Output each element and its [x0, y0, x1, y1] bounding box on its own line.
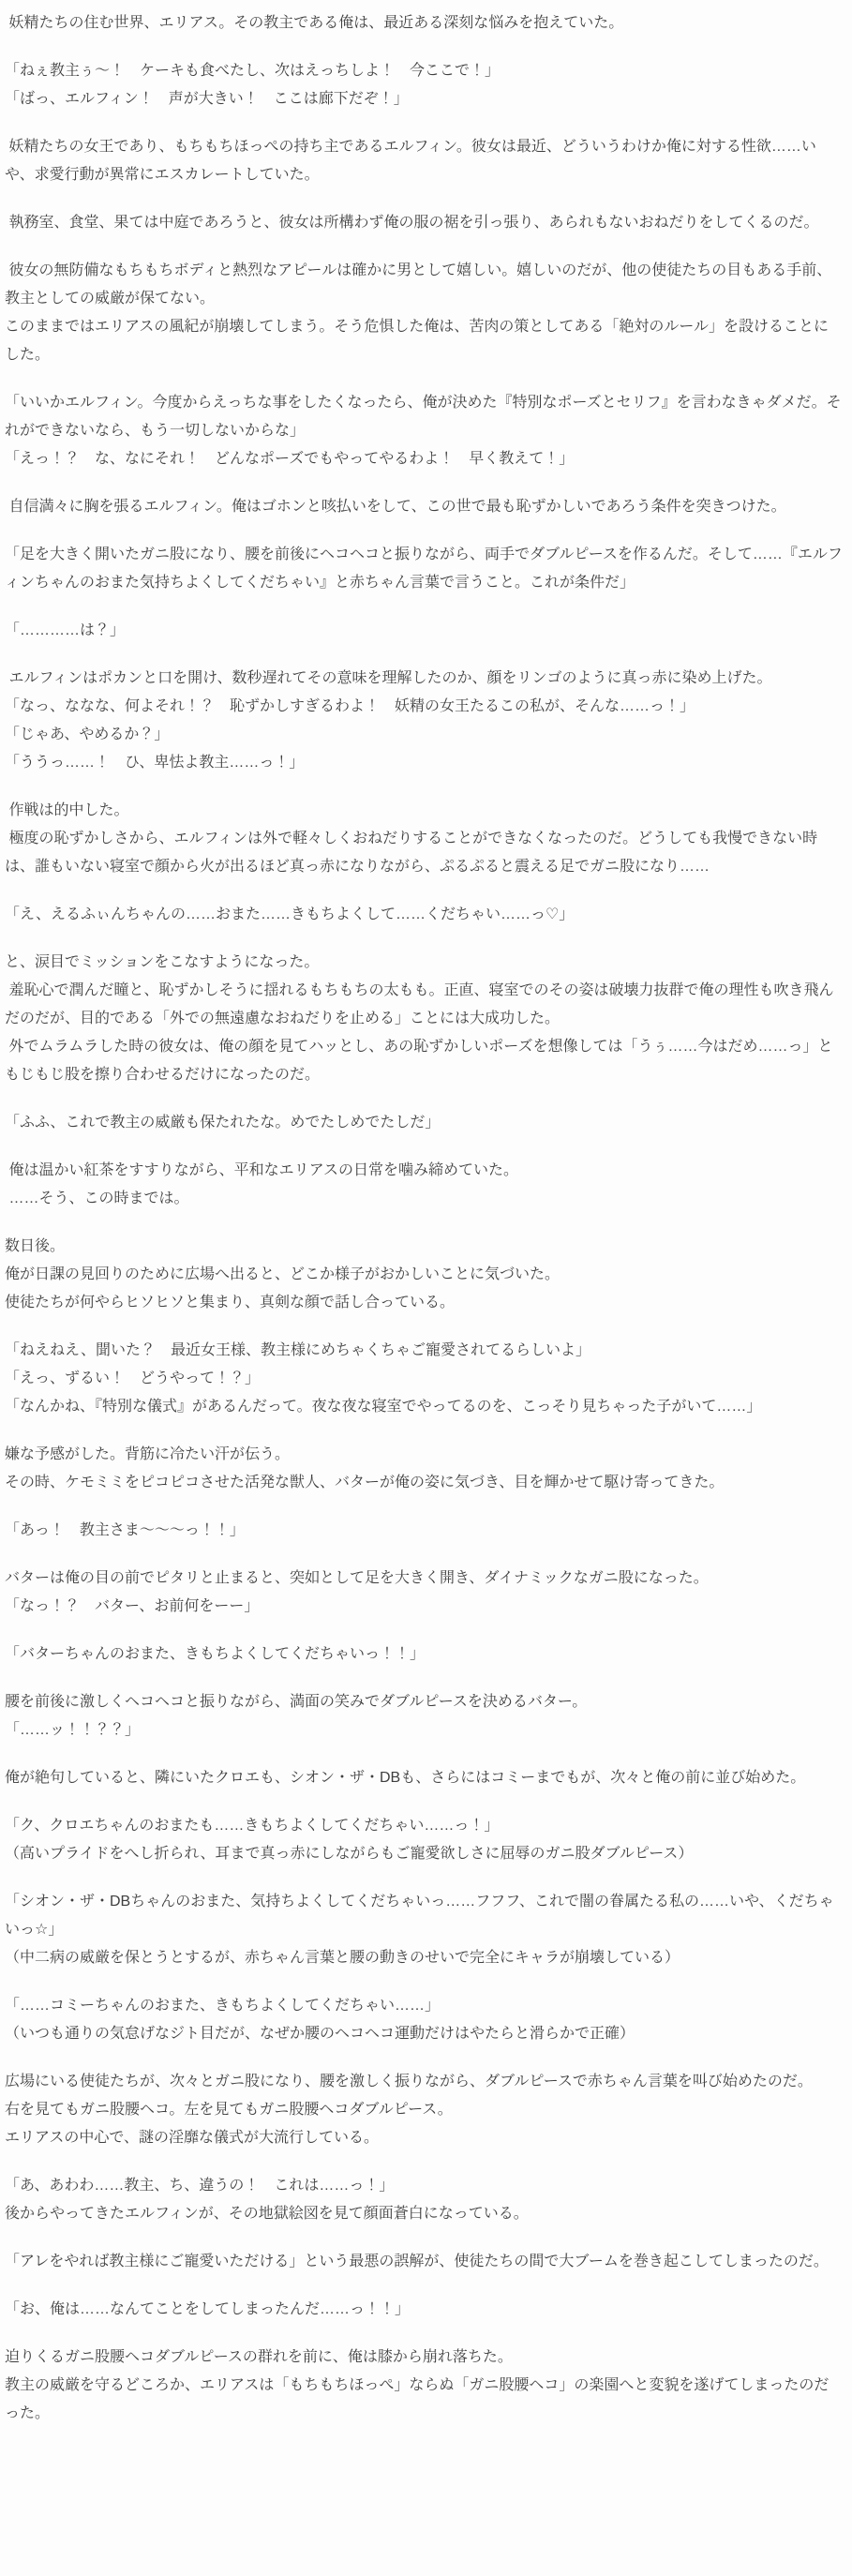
novel-line: その時、ケモミミをピコピコさせた活発な獣人、バターが俺の姿に気づき、目を輝かせて…: [5, 1469, 843, 1497]
novel-line: 執務室、食堂、果ては中庭であろうと、彼女は所構わず俺の服の裾を引っ張り、あられも…: [5, 209, 843, 237]
paragraph-block: 「ク、クロエちゃんのおまたも……きもちよくしてくだちゃい……っ！」（高いプライド…: [5, 1812, 843, 1868]
novel-line: 作戦は的中した。: [5, 797, 843, 825]
novel-line: （いつも通りの気怠げなジト目だが、なぜか腰のヘコヘコ運動だけはやたらと滑らかで正…: [5, 2020, 843, 2048]
paragraph-block: 執務室、食堂、果ては中庭であろうと、彼女は所構わず俺の服の裾を引っ張り、あられも…: [5, 209, 843, 237]
paragraph-block: 「お、俺は……なんてことをしてしまったんだ……っ！！」: [5, 2296, 843, 2324]
novel-line: 羞恥心で潤んだ瞳と、恥ずかしそうに揺れるもちもちの太もも。正直、寝室でのその姿は…: [5, 977, 843, 1033]
novel-line: 「シオン・ザ・DBちゃんのおまた、気持ちよくしてくだちゃいっ……フフフ、これで闇…: [5, 1888, 843, 1944]
novel-line: 「…………は？」: [5, 617, 843, 645]
paragraph-block: 「アレをやれば教主様にご寵愛いただける」という最悪の誤解が、使徒たちの間で大ブー…: [5, 2248, 843, 2276]
paragraph-block: 「バターちゃんのおまた、きもちよくしてくだちゃいっ！！」: [5, 1640, 843, 1669]
paragraph-block: 「シオン・ザ・DBちゃんのおまた、気持ちよくしてくだちゃいっ……フフフ、これで闇…: [5, 1888, 843, 1972]
novel-line: 「あ、あわわ……教主、ち、違うの！ これは……っ！」: [5, 2172, 843, 2200]
paragraph-block: 迫りくるガニ股腰ヘコダブルピースの群れを前に、俺は膝から崩れ落ちた。教主の威厳を…: [5, 2344, 843, 2428]
novel-line: 「いいかエルフィン。今度からえっちな事をしたくなったら、俺が決めた『特別なポーズ…: [5, 389, 843, 445]
paragraph-block: 腰を前後に激しくヘコヘコと振りながら、満面の笑みでダブルピースを決めるバター。「…: [5, 1688, 843, 1745]
novel-line: 使徒たちが何やらヒソヒソと集まり、真剣な顔で話し合っている。: [5, 1289, 843, 1317]
novel-line: 「ううっ……！ ひ、卑怯よ教主……っ！」: [5, 749, 843, 777]
paragraph-block: エルフィンはポカンと口を開け、数秒遅れてその意味を理解したのか、顔をリンゴのよう…: [5, 665, 843, 777]
novel-line: エルフィンはポカンと口を開け、数秒遅れてその意味を理解したのか、顔をリンゴのよう…: [5, 665, 843, 693]
novel-line: このままではエリアスの風紀が崩壊してしまう。そう危惧した俺は、苦肉の策としてある…: [5, 313, 843, 369]
paragraph-block: 「……コミーちゃんのおまた、きもちよくしてくだちゃい……」（いつも通りの気怠げな…: [5, 1992, 843, 2048]
novel-line: 「足を大きく開いたガニ股になり、腰を前後にヘコヘコと振りながら、両手でダブルピー…: [5, 541, 843, 597]
novel-line: ……そう、この時までは。: [5, 1185, 843, 1213]
novel-line: 「なっ、ななな、何よそれ！？ 恥ずかしすぎるわよ！ 妖精の女王たるこの私が、そん…: [5, 693, 843, 721]
novel-line: 迫りくるガニ股腰ヘコダブルピースの群れを前に、俺は膝から崩れ落ちた。: [5, 2344, 843, 2372]
paragraph-block: 広場にいる使徒たちが、次々とガニ股になり、腰を激しく振りながら、ダブルピースで赤…: [5, 2068, 843, 2152]
paragraph-block: 「…………は？」: [5, 617, 843, 645]
novel-body: 妖精たちの住む世界、エリアス。その教主である俺は、最近ある深刻な悩みを抱えていた…: [0, 0, 852, 2576]
novel-line: 俺が絶句していると、隣にいたクロエも、シオン・ザ・DBも、さらにはコミーまでもが…: [5, 1764, 843, 1792]
novel-line: 「なっ！？ バター、お前何をーー」: [5, 1593, 843, 1621]
paragraph-block: 妖精たちの女王であり、もちもちほっぺの持ち主であるエルフィン。彼女は最近、どうい…: [5, 133, 843, 189]
novel-line: （中二病の威厳を保とうとするが、赤ちゃん言葉と腰の動きのせいで完全にキャラが崩壊…: [5, 1944, 843, 1972]
novel-line: 「……ッ！！？？」: [5, 1716, 843, 1745]
novel-line: 「えっ！？ な、なにそれ！ どんなポーズでもやってやるわよ！ 早く教えて！」: [5, 445, 843, 473]
novel-line: 俺は温かい紅茶をすすりながら、平和なエリアスの日常を噛み締めていた。: [5, 1157, 843, 1185]
novel-line: 「ク、クロエちゃんのおまたも……きもちよくしてくだちゃい……っ！」: [5, 1812, 843, 1840]
paragraph-block: 嫌な予感がした。背筋に冷たい汗が伝う。その時、ケモミミをピコピコさせた活発な獣人…: [5, 1441, 843, 1497]
paragraph-block: 自信満々に胸を張るエルフィン。俺はゴホンと咳払いをして、この世で最も恥ずかしいで…: [5, 493, 843, 521]
paragraph-block: 「ねぇ教主ぅ～！ ケーキも食べたし、次はえっちしよ！ 今ここで！」「ばっ、エルフ…: [5, 57, 843, 113]
novel-line: 「お、俺は……なんてことをしてしまったんだ……っ！！」: [5, 2296, 843, 2324]
novel-line: （高いプライドをへし折られ、耳まで真っ赤にしながらもご寵愛欲しさに屈辱のガニ股ダ…: [5, 1840, 843, 1868]
paragraph-block: 妖精たちの住む世界、エリアス。その教主である俺は、最近ある深刻な悩みを抱えていた…: [5, 9, 843, 37]
novel-line: 外でムラムラした時の彼女は、俺の顔を見てハッとし、あの恥ずかしいポーズを想像して…: [5, 1033, 843, 1089]
paragraph-block: 「あ、あわわ……教主、ち、違うの！ これは……っ！」後からやってきたエルフィンが…: [5, 2172, 843, 2228]
novel-line: 彼女の無防備なもちもちボディと熱烈なアピールは確かに男として嬉しい。嬉しいのだが…: [5, 257, 843, 313]
novel-line: 「バターちゃんのおまた、きもちよくしてくだちゃいっ！！」: [5, 1640, 843, 1669]
paragraph-block: 彼女の無防備なもちもちボディと熱烈なアピールは確かに男として嬉しい。嬉しいのだが…: [5, 257, 843, 369]
paragraph-block: 「あっ！ 教主さま～～～っ！！」: [5, 1517, 843, 1545]
novel-line: 嫌な予感がした。背筋に冷たい汗が伝う。: [5, 1441, 843, 1469]
novel-line: 広場にいる使徒たちが、次々とガニ股になり、腰を激しく振りながら、ダブルピースで赤…: [5, 2068, 843, 2096]
novel-line: 極度の恥ずかしさから、エルフィンは外で軽々しくおねだりすることができなくなったの…: [5, 825, 843, 881]
novel-line: 「あっ！ 教主さま～～～っ！！」: [5, 1517, 843, 1545]
novel-line: 「ねぇ教主ぅ～！ ケーキも食べたし、次はえっちしよ！ 今ここで！」: [5, 57, 843, 85]
novel-line: 数日後。: [5, 1233, 843, 1261]
novel-line: 妖精たちの住む世界、エリアス。その教主である俺は、最近ある深刻な悩みを抱えていた…: [5, 9, 843, 37]
paragraph-block: バターは俺の目の前でピタリと止まると、突如として足を大きく開き、ダイナミックなガ…: [5, 1565, 843, 1621]
paragraph-block: 数日後。俺が日課の見回りのために広場へ出ると、どこか様子がおかしいことに気づいた…: [5, 1233, 843, 1317]
paragraph-block: 俺は温かい紅茶をすすりながら、平和なエリアスの日常を噛み締めていた。 ……そう、…: [5, 1157, 843, 1213]
novel-line: と、涙目でミッションをこなすようになった。: [5, 949, 843, 977]
novel-line: 後からやってきたエルフィンが、その地獄絵図を見て顔面蒼白になっている。: [5, 2200, 843, 2228]
novel-line: エリアスの中心で、謎の淫靡な儀式が大流行している。: [5, 2124, 843, 2152]
novel-line: 自信満々に胸を張るエルフィン。俺はゴホンと咳払いをして、この世で最も恥ずかしいで…: [5, 493, 843, 521]
novel-line: 「え、えるふぃんちゃんの……おまた……きもちよくして……くだちゃい……っ♡」: [5, 901, 843, 929]
paragraph-block: 「ねえねえ、聞いた？ 最近女王様、教主様にめちゃくちゃご寵愛されてるらしいよ」「…: [5, 1337, 843, 1421]
paragraph-block: 作戦は的中した。 極度の恥ずかしさから、エルフィンは外で軽々しくおねだりすること…: [5, 797, 843, 881]
novel-line: 妖精たちの女王であり、もちもちほっぺの持ち主であるエルフィン。彼女は最近、どうい…: [5, 133, 843, 189]
novel-line: 「なんかね、『特別な儀式』があるんだって。夜な夜な寝室でやってるのを、こっそり見…: [5, 1393, 843, 1421]
novel-line: 教主の威厳を守るどころか、エリアスは「もちもちほっぺ」ならぬ「ガニ股腰ヘコ」の楽…: [5, 2372, 843, 2428]
novel-line: 「えっ、ずるい！ どうやって！？」: [5, 1365, 843, 1393]
paragraph-block: と、涙目でミッションをこなすようになった。 羞恥心で潤んだ瞳と、恥ずかしそうに揺…: [5, 949, 843, 1089]
novel-line: 俺が日課の見回りのために広場へ出ると、どこか様子がおかしいことに気づいた。: [5, 1261, 843, 1289]
novel-line: 「……コミーちゃんのおまた、きもちよくしてくだちゃい……」: [5, 1992, 843, 2020]
novel-line: 「ばっ、エルフィン！ 声が大きい！ ここは廊下だぞ！」: [5, 85, 843, 113]
paragraph-block: 「足を大きく開いたガニ股になり、腰を前後にヘコヘコと振りながら、両手でダブルピー…: [5, 541, 843, 597]
novel-line: バターは俺の目の前でピタリと止まると、突如として足を大きく開き、ダイナミックなガ…: [5, 1565, 843, 1593]
novel-line: 右を見てもガニ股腰ヘコ。左を見てもガニ股腰ヘコダブルピース。: [5, 2096, 843, 2124]
novel-line: 「じゃあ、やめるか？」: [5, 721, 843, 749]
paragraph-block: 「ふふ、これで教主の威厳も保たれたな。めでたしめでたしだ」: [5, 1109, 843, 1137]
novel-line: 「アレをやれば教主様にご寵愛いただける」という最悪の誤解が、使徒たちの間で大ブー…: [5, 2248, 843, 2276]
novel-line: 「ふふ、これで教主の威厳も保たれたな。めでたしめでたしだ」: [5, 1109, 843, 1137]
paragraph-block: 「いいかエルフィン。今度からえっちな事をしたくなったら、俺が決めた『特別なポーズ…: [5, 389, 843, 473]
novel-line: 「ねえねえ、聞いた？ 最近女王様、教主様にめちゃくちゃご寵愛されてるらしいよ」: [5, 1337, 843, 1365]
novel-line: 腰を前後に激しくヘコヘコと振りながら、満面の笑みでダブルピースを決めるバター。: [5, 1688, 843, 1716]
paragraph-block: 俺が絶句していると、隣にいたクロエも、シオン・ザ・DBも、さらにはコミーまでもが…: [5, 1764, 843, 1792]
paragraph-block: 「え、えるふぃんちゃんの……おまた……きもちよくして……くだちゃい……っ♡」: [5, 901, 843, 929]
